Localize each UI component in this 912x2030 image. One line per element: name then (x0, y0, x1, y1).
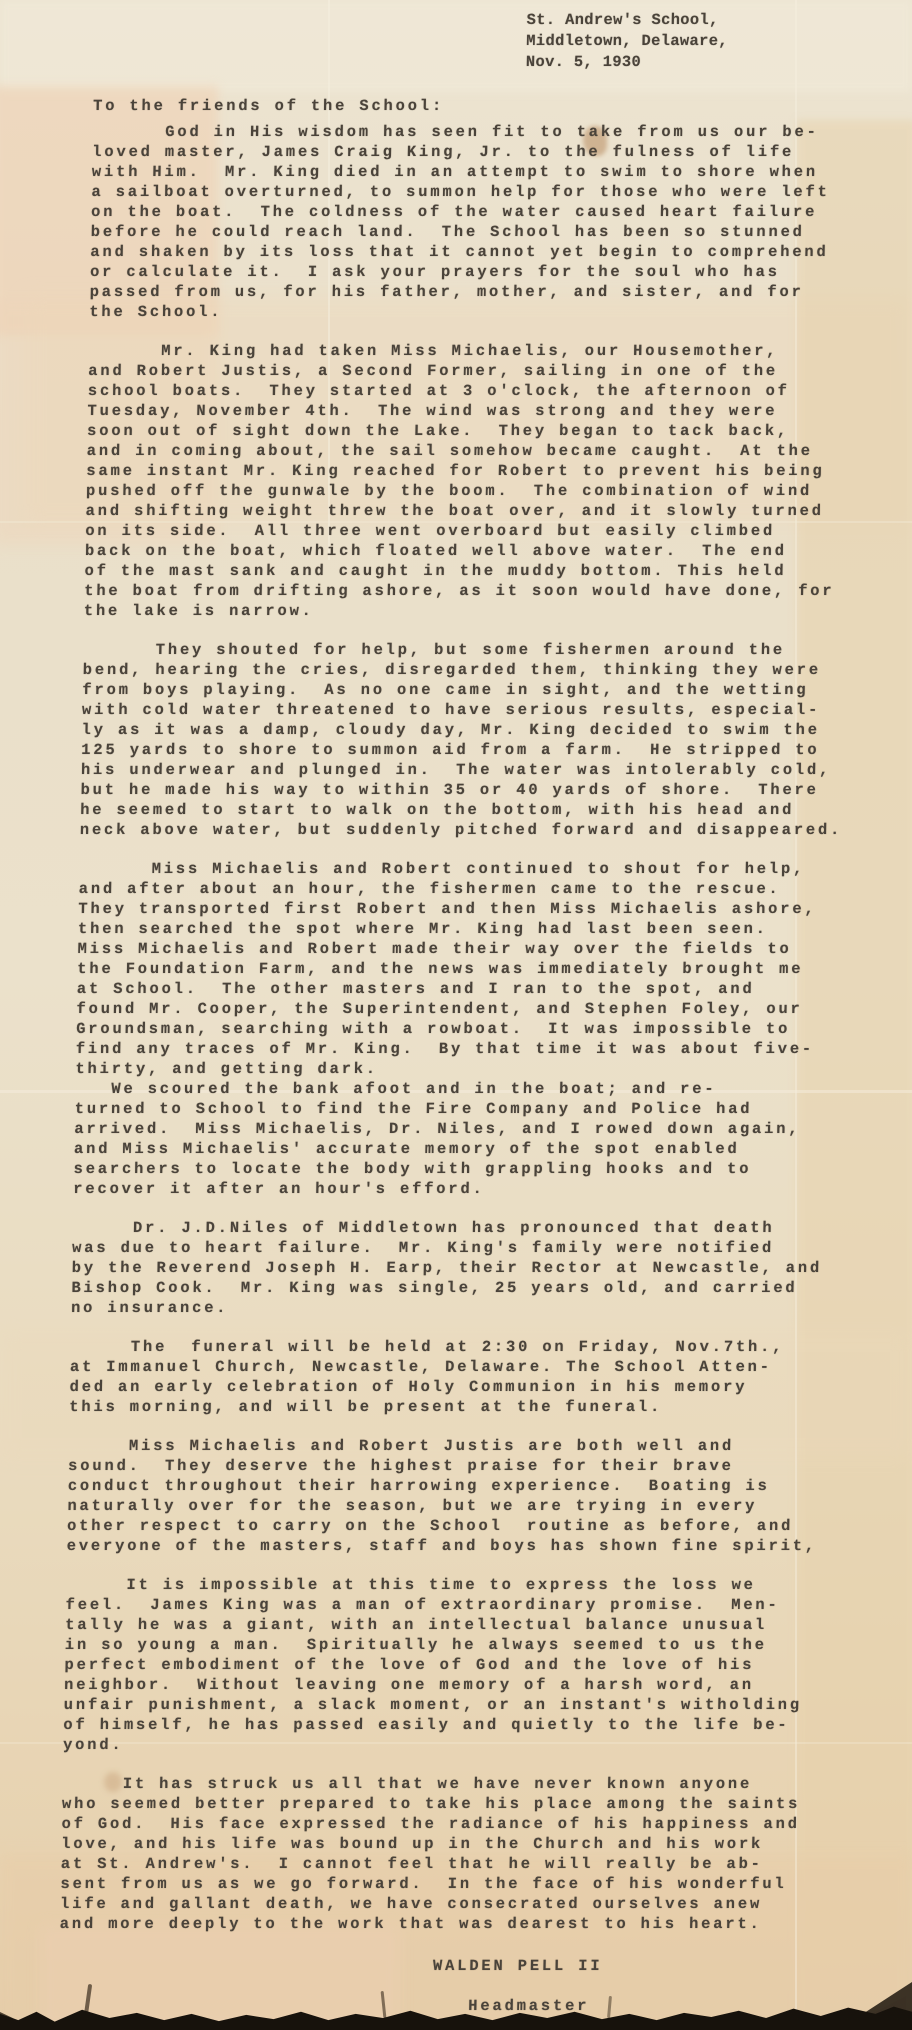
letterhead: St. Andrew's School, Middletown, Delawar… (526, 10, 912, 73)
letterhead-line: Nov. 5, 1930 (526, 52, 911, 73)
paragraph-8: Miss Michaelis and Robert Justis are bot… (66, 1436, 885, 1556)
paragraph-2: Mr. King had taken Miss Michaelis, our H… (84, 341, 906, 621)
letterhead-line: Middletown, Delaware, (526, 31, 911, 52)
paragraph-4: Miss Michaelis and Robert continued to s… (75, 859, 896, 1079)
letter-body: God in His wisdom has seen fit to take f… (60, 122, 910, 1934)
paragraph-1: God in His wisdom has seen fit to take f… (89, 122, 910, 322)
paragraph-6: Dr. J.D.Niles of Middletown has pronounc… (71, 1218, 890, 1318)
letterhead-line: St. Andrew's School, (526, 10, 911, 31)
paragraph-3: They shouted for help, but some fisherme… (80, 640, 901, 840)
paragraph-5: We scoured the bank afoot and in the boa… (73, 1079, 892, 1199)
paragraph-10: It has struck us all that we have never … (60, 1774, 880, 1934)
signature-name: WALDEN PELL II (433, 1956, 876, 1976)
signature-title: Headmaster (468, 1996, 875, 2016)
letter-document: St. Andrew's School, Middletown, Delawar… (0, 0, 912, 2030)
salutation: To the friends of the School: (93, 96, 910, 116)
paragraph-9: It is impossible at this time to express… (63, 1575, 883, 1755)
paragraph-7: The funeral will be held at 2:30 on Frid… (69, 1337, 887, 1417)
letter-content: St. Andrew's School, Middletown, Delawar… (0, 0, 912, 2016)
